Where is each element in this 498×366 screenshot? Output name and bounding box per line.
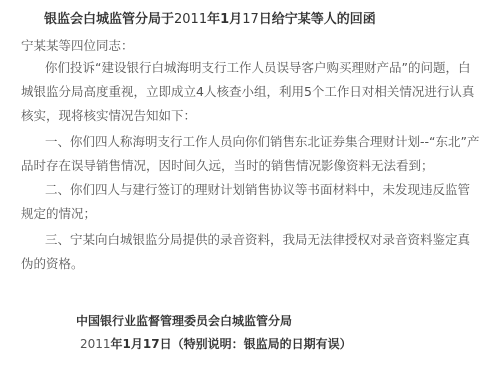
paragraph-point-3: 三、宁某向白城银监分局提供的录音资料，我局无法律授权对录音资料鉴定真伪的资格。 xyxy=(21,228,481,276)
signature-date: 2011年1月17日（特别说明：银监局的日期有误） xyxy=(80,335,352,352)
title-prefix: 银监会白城监管分局于 xyxy=(44,12,174,27)
date-rest: 年1月17日（特别说明：银监局的日期有误） xyxy=(111,337,352,351)
title-day: 17 xyxy=(242,12,259,27)
paragraph-point-2: 二、你们四人与建行签订的理财计划销售协议等书面材料中，未发现违反监管规定的情况； xyxy=(21,178,481,226)
signature: 中国银行业监督管理委员会白城监管分局 xyxy=(76,312,292,329)
title-suffix: 日给宁某等人的回函 xyxy=(259,12,376,27)
paragraph-point-1: 一、你们四人称海明支行工作人员向你们销售东北证券集合理财计划--“东北”产品时存… xyxy=(21,130,481,178)
paragraph-intro: 你们投诉“建设银行白城海明支行工作人员误导客户购买理财产品”的问题，白城银监分局… xyxy=(21,56,481,128)
title-year: 2011 xyxy=(174,12,207,27)
date-year: 2011 xyxy=(80,337,111,351)
title-month: 1 xyxy=(220,12,229,27)
title-year-char: 年 xyxy=(207,12,220,27)
salutation: 宁某某等四位同志： xyxy=(21,36,134,54)
document-title: 银监会白城监管分局于2011年1月17日给宁某等人的回函 xyxy=(44,8,376,27)
title-month-char: 月 xyxy=(229,12,242,27)
